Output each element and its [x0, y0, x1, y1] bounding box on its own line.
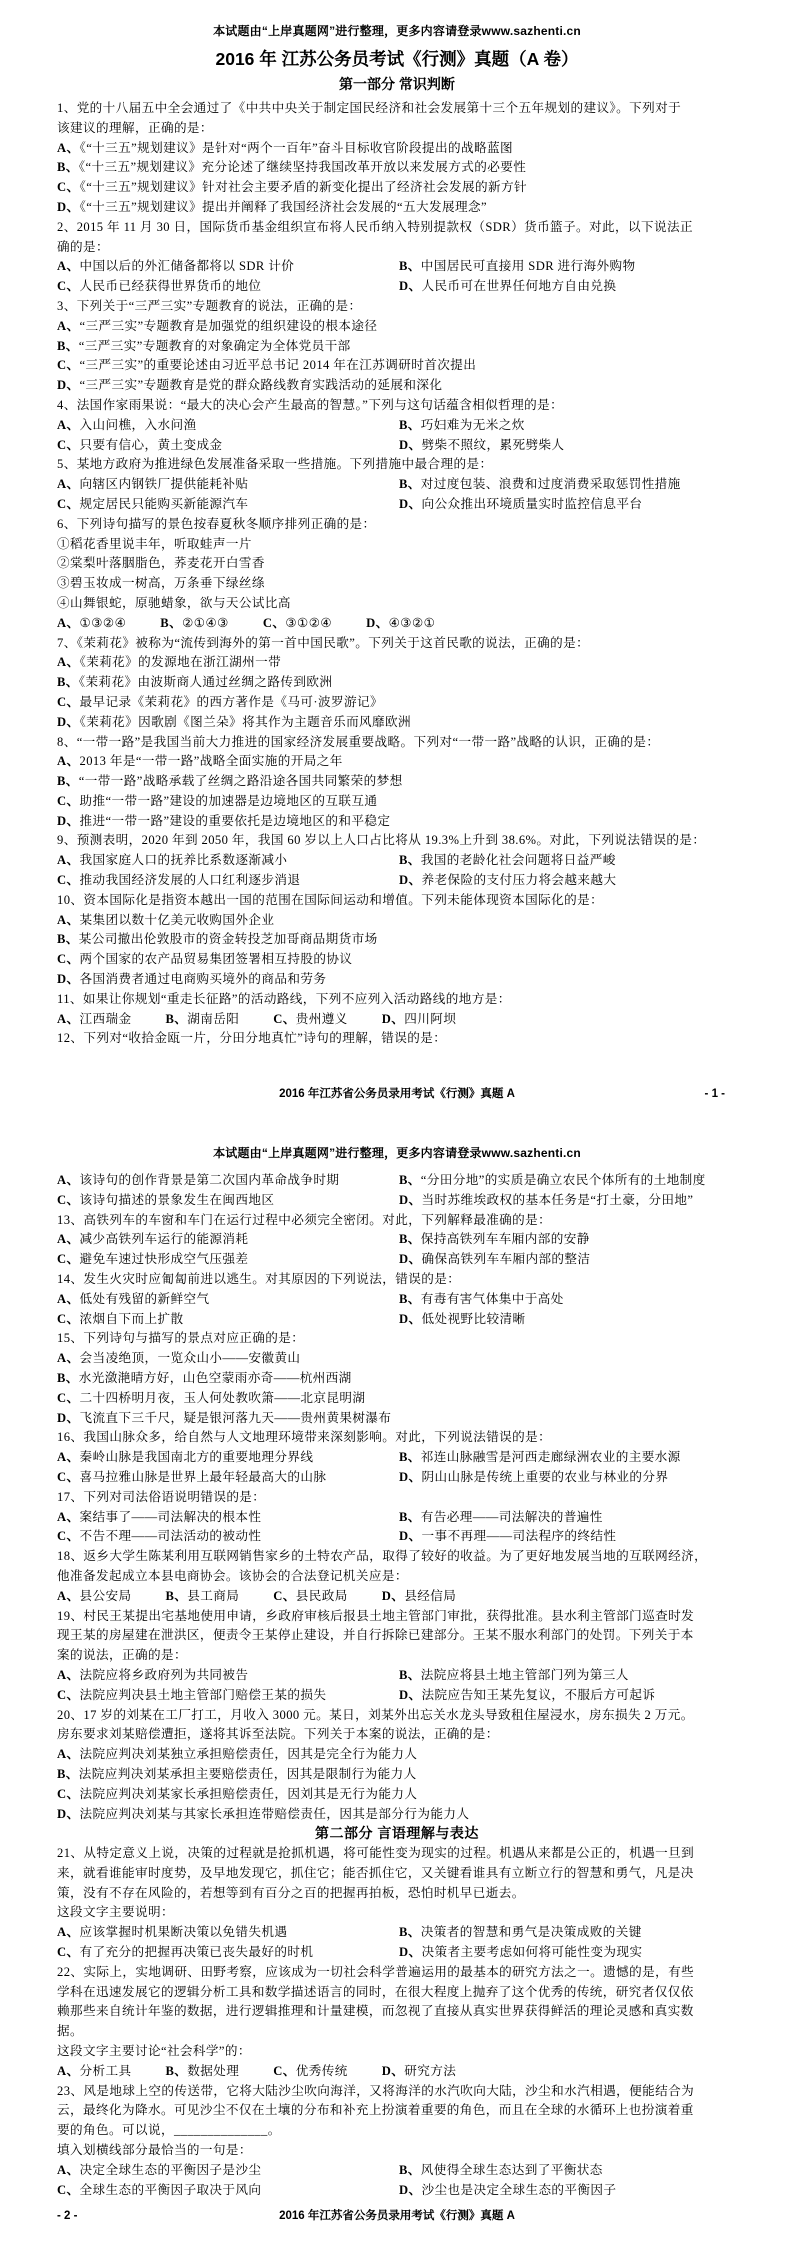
option-item: A、江西瑞金 [57, 1010, 131, 1030]
option-right: D、确保高铁列车车厢内部的整洁 [399, 1250, 737, 1270]
text-line: C、两个国家的农产品贸易集团签署相互持股的协议 [57, 950, 737, 970]
text-line: 赖那些来自统计年鉴的数据，进行逻辑推理和计量建模，而忽视了直接从真实世界获得鲜活… [57, 2002, 737, 2022]
option-right: B、法院应将县土地主管部门列为第三人 [399, 1666, 737, 1686]
text-line: 案的说法，正确的是： [57, 1646, 737, 1666]
option-pair-row: A、向辖区内钢铁厂提供能耗补贴B、对过度包装、浪费和过度消费采取惩罚性措施 [57, 475, 737, 495]
option-left: A、秦岭山脉是我国南北方的重要地理分界线 [57, 1448, 399, 1468]
option-right: D、低处视野比较清晰 [399, 1310, 737, 1330]
option-pair-row: C、规定居民只能购买新能源汽车D、向公众推出环境质量实时监控信息平台 [57, 495, 737, 515]
text-line: 17、下列对司法俗语说明错误的是： [57, 1488, 737, 1508]
text-line: 19、村民王某提出宅基地使用申请，乡政府审核后报县土地主管部门审批，获得批准。县… [57, 1607, 737, 1627]
option-pair-row: C、不告不理——司法活动的被动性D、一事不再理——司法程序的终结性 [57, 1527, 737, 1547]
text-line: 策，没有不存在风险的，若想等到有百分之百的把握再拍板，恐怕时机早已逝去。 [57, 1884, 737, 1904]
text-line: 8、“一带一路”是我国当前大力推进的国家经济发展重要战略。下列对“一带一路”战略… [57, 733, 737, 753]
text-line: A、法院应判决刘某独立承担赔偿责任，因其是完全行为能力人 [57, 1745, 737, 1765]
option-right: D、劈柴不照纹，累死劈柴人 [399, 436, 737, 456]
option-right: D、阴山山脉是传统上重要的农业与林业的分界 [399, 1468, 737, 1488]
text-line: C、最早记录《茉莉花》的西方著作是《马可·波罗游记》 [57, 693, 737, 713]
option-item: B、数据处理 [165, 2062, 239, 2082]
text-line: C、法院应判决刘某家长承担赔偿责任，因刘其是无行为能力人 [57, 1785, 737, 1805]
text-line: 20、17 岁的刘某在工厂打工，月收入 3000 元。某日，刘某外出忘关水龙头导… [57, 1706, 737, 1726]
option-pair-row: C、全球生态的平衡因子取决于风向D、沙尘也是决定全球生态的平衡因子 [57, 2181, 737, 2201]
text-line: 15、下列诗句与描写的景点对应正确的是： [57, 1329, 737, 1349]
text-line: A、“三严三实”专题教育是加强党的组织建设的根本途径 [57, 317, 737, 337]
text-line: 7、《茉莉花》被称为“流传到海外的第一首中国民歌”。下列关于这首民歌的说法，正确… [57, 634, 737, 654]
option-inline-row: A、江西瑞金B、湖南岳阳C、贵州遵义D、四川阿坝 [57, 1010, 737, 1030]
option-pair-row: A、该诗句的创作背景是第二次国内革命战争时期B、“分田分地”的实质是确立农民个体… [57, 1171, 737, 1191]
page-1-footer: 2016 年江苏省公务员录用考试《行测》真题 A - 1 - [57, 1086, 737, 1102]
option-left: C、浓烟自下而上扩散 [57, 1310, 399, 1330]
option-pair-row: A、减少高铁列车运行的能源消耗B、保持高铁列车车厢内部的安静 [57, 1230, 737, 1250]
text-line: 学科在迅速发展它的逻辑分析工具和数学描述语言的同时，在很大程度上抛弃了这个优秀的… [57, 1983, 737, 2003]
option-item: D、县经信局 [382, 1587, 456, 1607]
page-1-body: 1、党的十八届五中全会通过了《中共中央关于制定国民经济和社会发展第十三个五年规划… [57, 99, 737, 1049]
text-line: A、2013 年是“一带一路”战略全面实施的开局之年 [57, 752, 737, 772]
text-line: ①稻花香里说丰年，听取蛙声一片 [57, 535, 737, 555]
option-right: B、中国居民可直接用 SDR 进行海外购物 [399, 257, 737, 277]
option-left: C、该诗句描述的景象发生在闽西地区 [57, 1191, 399, 1211]
text-line: D、推进“一带一路”建设的重要依托是边境地区的和平稳定 [57, 812, 737, 832]
option-right: B、决策者的智慧和勇气是决策成败的关键 [399, 1923, 737, 1943]
option-pair-row: C、人民币已经获得世界货币的地位D、人民币可在世界任何地方自由兑换 [57, 277, 737, 297]
text-line: 1、党的十八届五中全会通过了《中共中央关于制定国民经济和社会发展第十三个五年规划… [57, 99, 737, 119]
option-left: A、向辖区内钢铁厂提供能耗补贴 [57, 475, 399, 495]
source-notice: 本试题由“上岸真题网”进行整理，更多内容请登录www.sazhenti.cn [57, 1146, 737, 1161]
option-item: C、贵州遵义 [273, 1010, 347, 1030]
option-pair-row: A、法院应将乡政府列为共同被告B、法院应将县土地主管部门列为第三人 [57, 1666, 737, 1686]
text-line: B、某公司撤出伦敦股市的资金转投芝加哥商品期货市场 [57, 930, 737, 950]
option-right: D、法院应告知王某先复议，不服后方可起诉 [399, 1686, 737, 1706]
option-right: D、向公众推出环境质量实时监控信息平台 [399, 495, 737, 515]
option-left: C、全球生态的平衡因子取决于风向 [57, 2181, 399, 2201]
text-line: B、法院应判决刘某承担主要赔偿责任，因其是限制行为能力人 [57, 1765, 737, 1785]
option-item: D、④③②① [366, 614, 435, 634]
text-line: C、“三严三实”的重要论述由习近平总书记 2014 年在江苏调研时首次提出 [57, 356, 737, 376]
option-item: A、县公安局 [57, 1587, 131, 1607]
section-heading: 第二部分 言语理解与表达 [57, 1824, 737, 1844]
text-line: A、会当凌绝顶，一览众山小——安徽黄山 [57, 1349, 737, 1369]
text-line: D、飞流直下三千尺，疑是银河落九天——贵州黄果树瀑布 [57, 1409, 737, 1429]
option-left: A、案结事了——司法解决的根本性 [57, 1508, 399, 1528]
text-line: D、各国消费者通过电商购买境外的商品和劳务 [57, 970, 737, 990]
text-line: 3、下列关于“三严三实”专题教育的说法，正确的是： [57, 297, 737, 317]
text-line: 6、下列诗句描写的景色按春夏秋冬顺序排列正确的是： [57, 515, 737, 535]
text-line: C、《“十三五”规划建议》针对社会主要矛盾的新变化提出了经济社会发展的新方针 [57, 178, 737, 198]
text-line: 22、实际上，实地调研、田野考察，应该成为一切社会科学普遍运用的最基本的研究方法… [57, 1963, 737, 1983]
option-item: B、②①④③ [160, 614, 229, 634]
text-line: 10、资本国际化是指资本越出一国的范围在国际间运动和增值。下列未能体现资本国际化… [57, 891, 737, 911]
option-left: A、应该掌握时机果断决策以免错失机遇 [57, 1923, 399, 1943]
option-right: B、保持高铁列车车厢内部的安静 [399, 1230, 737, 1250]
option-item: B、县工商局 [165, 1587, 239, 1607]
source-notice: 本试题由“上岸真题网”进行整理，更多内容请登录www.sazhenti.cn [57, 24, 737, 39]
option-item: C、县民政局 [273, 1587, 347, 1607]
text-line: A、《茉莉花》的发源地在浙江湖州一带 [57, 653, 737, 673]
page-2-body: A、该诗句的创作背景是第二次国内革命战争时期B、“分田分地”的实质是确立农民个体… [57, 1171, 737, 2200]
option-right: D、养老保险的支付压力将会越来越大 [399, 871, 737, 891]
option-item: D、研究方法 [382, 2062, 456, 2082]
footer-title: 2016 年江苏省公务员录用考试《行测》真题 A [57, 2208, 737, 2224]
page-2-footer: - 2 - 2016 年江苏省公务员录用考试《行测》真题 A [57, 2208, 737, 2224]
option-right: D、决策者主要考虑如何将可能性变为现实 [399, 1943, 737, 1963]
option-left: C、有了充分的把握再决策已丧失最好的时机 [57, 1943, 399, 1963]
option-left: A、低处有残留的新鲜空气 [57, 1290, 399, 1310]
option-left: A、我国家庭人口的抚养比系数逐渐减小 [57, 851, 399, 871]
option-right: D、当时苏维埃政权的基本任务是“打土豪，分田地” [399, 1191, 737, 1211]
option-left: A、决定全球生态的平衡因子是沙尘 [57, 2161, 399, 2181]
option-inline-row: A、县公安局B、县工商局C、县民政局D、县经信局 [57, 1587, 737, 1607]
option-left: C、推动我国经济发展的人口红利逐步消退 [57, 871, 399, 891]
text-line: 这段文字主要说明： [57, 1903, 737, 1923]
page-number: - 1 - [705, 1086, 725, 1102]
text-line: 5、某地方政府为推进绿色发展准备采取一些措施。下列措施中最合理的是： [57, 455, 737, 475]
option-right: B、巧妇难为无米之炊 [399, 416, 737, 436]
text-line: 要的角色。可以说，______________。 [57, 2121, 737, 2141]
option-left: C、喜马拉雅山脉是世界上最年轻最高大的山脉 [57, 1468, 399, 1488]
option-item: A、分析工具 [57, 2062, 131, 2082]
option-inline-row: A、①③②④B、②①④③C、③①②④D、④③②① [57, 614, 737, 634]
text-line: 该建议的理解，正确的是： [57, 119, 737, 139]
text-line: 4、法国作家雨果说：“最大的决心会产生最高的智慧。”下列与这句话蕴含相似哲理的是… [57, 396, 737, 416]
text-line: 9、预测表明，2020 年到 2050 年，我国 60 岁以上人口占比将从 19… [57, 831, 737, 851]
text-line: C、助推“一带一路”建设的加速器是边境地区的互联互通 [57, 792, 737, 812]
option-pair-row: A、中国以后的外汇储备都将以 SDR 计价B、中国居民可直接用 SDR 进行海外… [57, 257, 737, 277]
text-line: B、“一带一路”战略承载了丝绸之路沿途各国共同繁荣的梦想 [57, 772, 737, 792]
text-line: D、《茉莉花》因歌剧《图兰朵》将其作为主题音乐而风靡欧洲 [57, 713, 737, 733]
text-line: 18、返乡大学生陈某利用互联网销售家乡的土特农产品，取得了较好的收益。为了更好地… [57, 1547, 737, 1567]
option-left: C、规定居民只能购买新能源汽车 [57, 495, 399, 515]
text-line: D、《“十三五”规划建议》提出并阐释了我国经济社会发展的“五大发展理念” [57, 198, 737, 218]
option-item: D、四川阿坝 [382, 1010, 456, 1030]
text-line: 16、我国山脉众多，给自然与人文地理环境带来深刻影响。对此，下列说法错误的是： [57, 1428, 737, 1448]
option-pair-row: A、应该掌握时机果断决策以免错失机遇B、决策者的智慧和勇气是决策成败的关键 [57, 1923, 737, 1943]
option-pair-row: A、入山问樵，入水问渔B、巧妇难为无米之炊 [57, 416, 737, 436]
option-item: A、①③②④ [57, 614, 126, 634]
text-line: 13、高铁列车的车窗和车门在运行过程中必须完全密闭。对此，下列解释最准确的是： [57, 1211, 737, 1231]
text-line: 这段文字主要讨论“社会科学”的： [57, 2042, 737, 2062]
text-line: A、某集团以数十亿美元收购国外企业 [57, 911, 737, 931]
option-right: B、有告必理——司法解决的普遍性 [399, 1508, 737, 1528]
option-right: B、有毒有害气体集中于高处 [399, 1290, 737, 1310]
option-pair-row: C、避免车速过快形成空气压强差D、确保高铁列车车厢内部的整洁 [57, 1250, 737, 1270]
option-pair-row: C、推动我国经济发展的人口红利逐步消退D、养老保险的支付压力将会越来越大 [57, 871, 737, 891]
option-pair-row: A、我国家庭人口的抚养比系数逐渐减小B、我国的老龄化社会问题将日益严峻 [57, 851, 737, 871]
option-left: A、法院应将乡政府列为共同被告 [57, 1666, 399, 1686]
option-left: C、只要有信心，黄土变成金 [57, 436, 399, 456]
option-pair-row: C、有了充分的把握再决策已丧失最好的时机D、决策者主要考虑如何将可能性变为现实 [57, 1943, 737, 1963]
text-line: 房东要求刘某赔偿遭拒，遂将其诉至法院。下列关于本案的说法，正确的是： [57, 1725, 737, 1745]
option-left: C、不告不理——司法活动的被动性 [57, 1527, 399, 1547]
footer-title: 2016 年江苏省公务员录用考试《行测》真题 A [57, 1086, 737, 1102]
text-line: ③碧玉妆成一树高，万条垂下绿丝绦 [57, 574, 737, 594]
text-line: 他准备发起成立本县电商协会。该协会的合法登记机关应是： [57, 1567, 737, 1587]
text-line: B、“三严三实”专题教育的对象确定为全体党员干部 [57, 337, 737, 357]
option-pair-row: A、决定全球生态的平衡因子是沙尘B、风使得全球生态达到了平衡状态 [57, 2161, 737, 2181]
text-line: 云，最终化为降水。可见沙尘不仅在土壤的分布和补充上扮演着重要的角色，而且在全球的… [57, 2101, 737, 2121]
option-pair-row: A、秦岭山脉是我国南北方的重要地理分界线B、祁连山脉融雪是河西走廊绿洲农业的主要… [57, 1448, 737, 1468]
option-right: B、对过度包装、浪费和过度消费采取惩罚性措施 [399, 475, 737, 495]
text-line: 14、发生火灾时应匍匐前进以逃生。对其原因的下列说法，错误的是： [57, 1270, 737, 1290]
option-pair-row: C、喜马拉雅山脉是世界上最年轻最高大的山脉D、阴山山脉是传统上重要的农业与林业的… [57, 1468, 737, 1488]
option-item: C、③①②④ [263, 614, 332, 634]
option-pair-row: C、该诗句描述的景象发生在闽西地区D、当时苏维埃政权的基本任务是“打土豪，分田地… [57, 1191, 737, 1211]
text-line: 来，就看谁能审时度势，及早地发现它，抓住它；能否抓住它，又关键看谁具有立断立行的… [57, 1864, 737, 1884]
option-pair-row: A、低处有残留的新鲜空气B、有毒有害气体集中于高处 [57, 1290, 737, 1310]
text-line: 11、如果让你规划“重走长征路”的活动路线，下列不应列入活动路线的地方是： [57, 990, 737, 1010]
text-line: ④山舞银蛇，原驰蜡象，欲与天公试比高 [57, 594, 737, 614]
option-right: B、风使得全球生态达到了平衡状态 [399, 2161, 737, 2181]
text-line: 现王某的房屋建在泄洪区，便责令王某停止建设，并自行拆除已建部分。王某不服水利部门… [57, 1626, 737, 1646]
exam-page-2: 本试题由“上岸真题网”进行整理，更多内容请登录www.sazhenti.cn A… [0, 1122, 794, 2244]
text-line: ②棠梨叶落胭脂色，荞麦花开白雪香 [57, 554, 737, 574]
option-inline-row: A、分析工具B、数据处理C、优秀传统D、研究方法 [57, 2062, 737, 2082]
option-left: C、人民币已经获得世界货币的地位 [57, 277, 399, 297]
text-line: 12、下列对“收拾金瓯一片，分田分地真忙”诗句的理解，错误的是： [57, 1029, 737, 1049]
text-line: C、二十四桥明月夜，玉人何处教吹箫——北京昆明湖 [57, 1389, 737, 1409]
option-left: C、法院应判决县土地主管部门赔偿王某的损失 [57, 1686, 399, 1706]
option-left: A、该诗句的创作背景是第二次国内革命战争时期 [57, 1171, 399, 1191]
option-pair-row: C、法院应判决县土地主管部门赔偿王某的损失D、法院应告知王某先复议，不服后方可起… [57, 1686, 737, 1706]
text-line: B、《茉莉花》由波斯商人通过丝绸之路传到欧洲 [57, 673, 737, 693]
text-line: 2、2015 年 11 月 30 日，国际货币基金组织宣布将人民币纳入特别提款权… [57, 218, 737, 238]
option-item: B、湖南岳阳 [165, 1010, 239, 1030]
option-left: A、中国以后的外汇储备都将以 SDR 计价 [57, 257, 399, 277]
text-line: 填入划横线部分最恰当的一句是： [57, 2141, 737, 2161]
section-1-heading: 第一部分 常识判断 [57, 74, 737, 94]
text-line: B、《“十三五”规划建议》充分论述了继续坚持我国改革开放以来发展方式的必要性 [57, 158, 737, 178]
text-line: 确的是： [57, 238, 737, 258]
doc-title: 2016 年 江苏公务员考试《行测》真题（A 卷） [57, 46, 737, 72]
option-right: D、人民币可在世界任何地方自由兑换 [399, 277, 737, 297]
option-pair-row: C、只要有信心，黄土变成金D、劈柴不照纹，累死劈柴人 [57, 436, 737, 456]
option-left: A、减少高铁列车运行的能源消耗 [57, 1230, 399, 1250]
option-left: A、入山问樵，入水问渔 [57, 416, 399, 436]
text-line: 据。 [57, 2022, 737, 2042]
option-right: D、沙尘也是决定全球生态的平衡因子 [399, 2181, 737, 2201]
exam-page-1: 本试题由“上岸真题网”进行整理，更多内容请登录www.sazhenti.cn 2… [0, 0, 794, 1122]
text-line: 21、从特定意义上说，决策的过程就是抢抓机遇，将可能性变为现实的过程。机遇从来都… [57, 1844, 737, 1864]
text-line: B、水光潋滟晴方好，山色空蒙雨亦奇——杭州西湖 [57, 1369, 737, 1389]
text-line: D、法院应判决刘某与其家长承担连带赔偿责任，因其是部分行为能力人 [57, 1805, 737, 1825]
option-right: B、祁连山脉融雪是河西走廊绿洲农业的主要水源 [399, 1448, 737, 1468]
text-line: D、“三严三实”专题教育是党的群众路线教育实践活动的延展和深化 [57, 376, 737, 396]
text-line: 23、风是地球上空的传送带，它将大陆沙尘吹向海洋，又将海洋的水汽吹向大陆，沙尘和… [57, 2082, 737, 2102]
option-pair-row: A、案结事了——司法解决的根本性B、有告必理——司法解决的普遍性 [57, 1508, 737, 1528]
text-line: A、《“十三五”规划建议》是针对“两个一百年”奋斗目标收官阶段提出的战略蓝图 [57, 139, 737, 159]
option-right: B、我国的老龄化社会问题将日益严峻 [399, 851, 737, 871]
option-left: C、避免车速过快形成空气压强差 [57, 1250, 399, 1270]
option-pair-row: C、浓烟自下而上扩散D、低处视野比较清晰 [57, 1310, 737, 1330]
option-right: D、一事不再理——司法程序的终结性 [399, 1527, 737, 1547]
option-right: B、“分田分地”的实质是确立农民个体所有的土地制度 [399, 1171, 737, 1191]
option-item: C、优秀传统 [273, 2062, 347, 2082]
